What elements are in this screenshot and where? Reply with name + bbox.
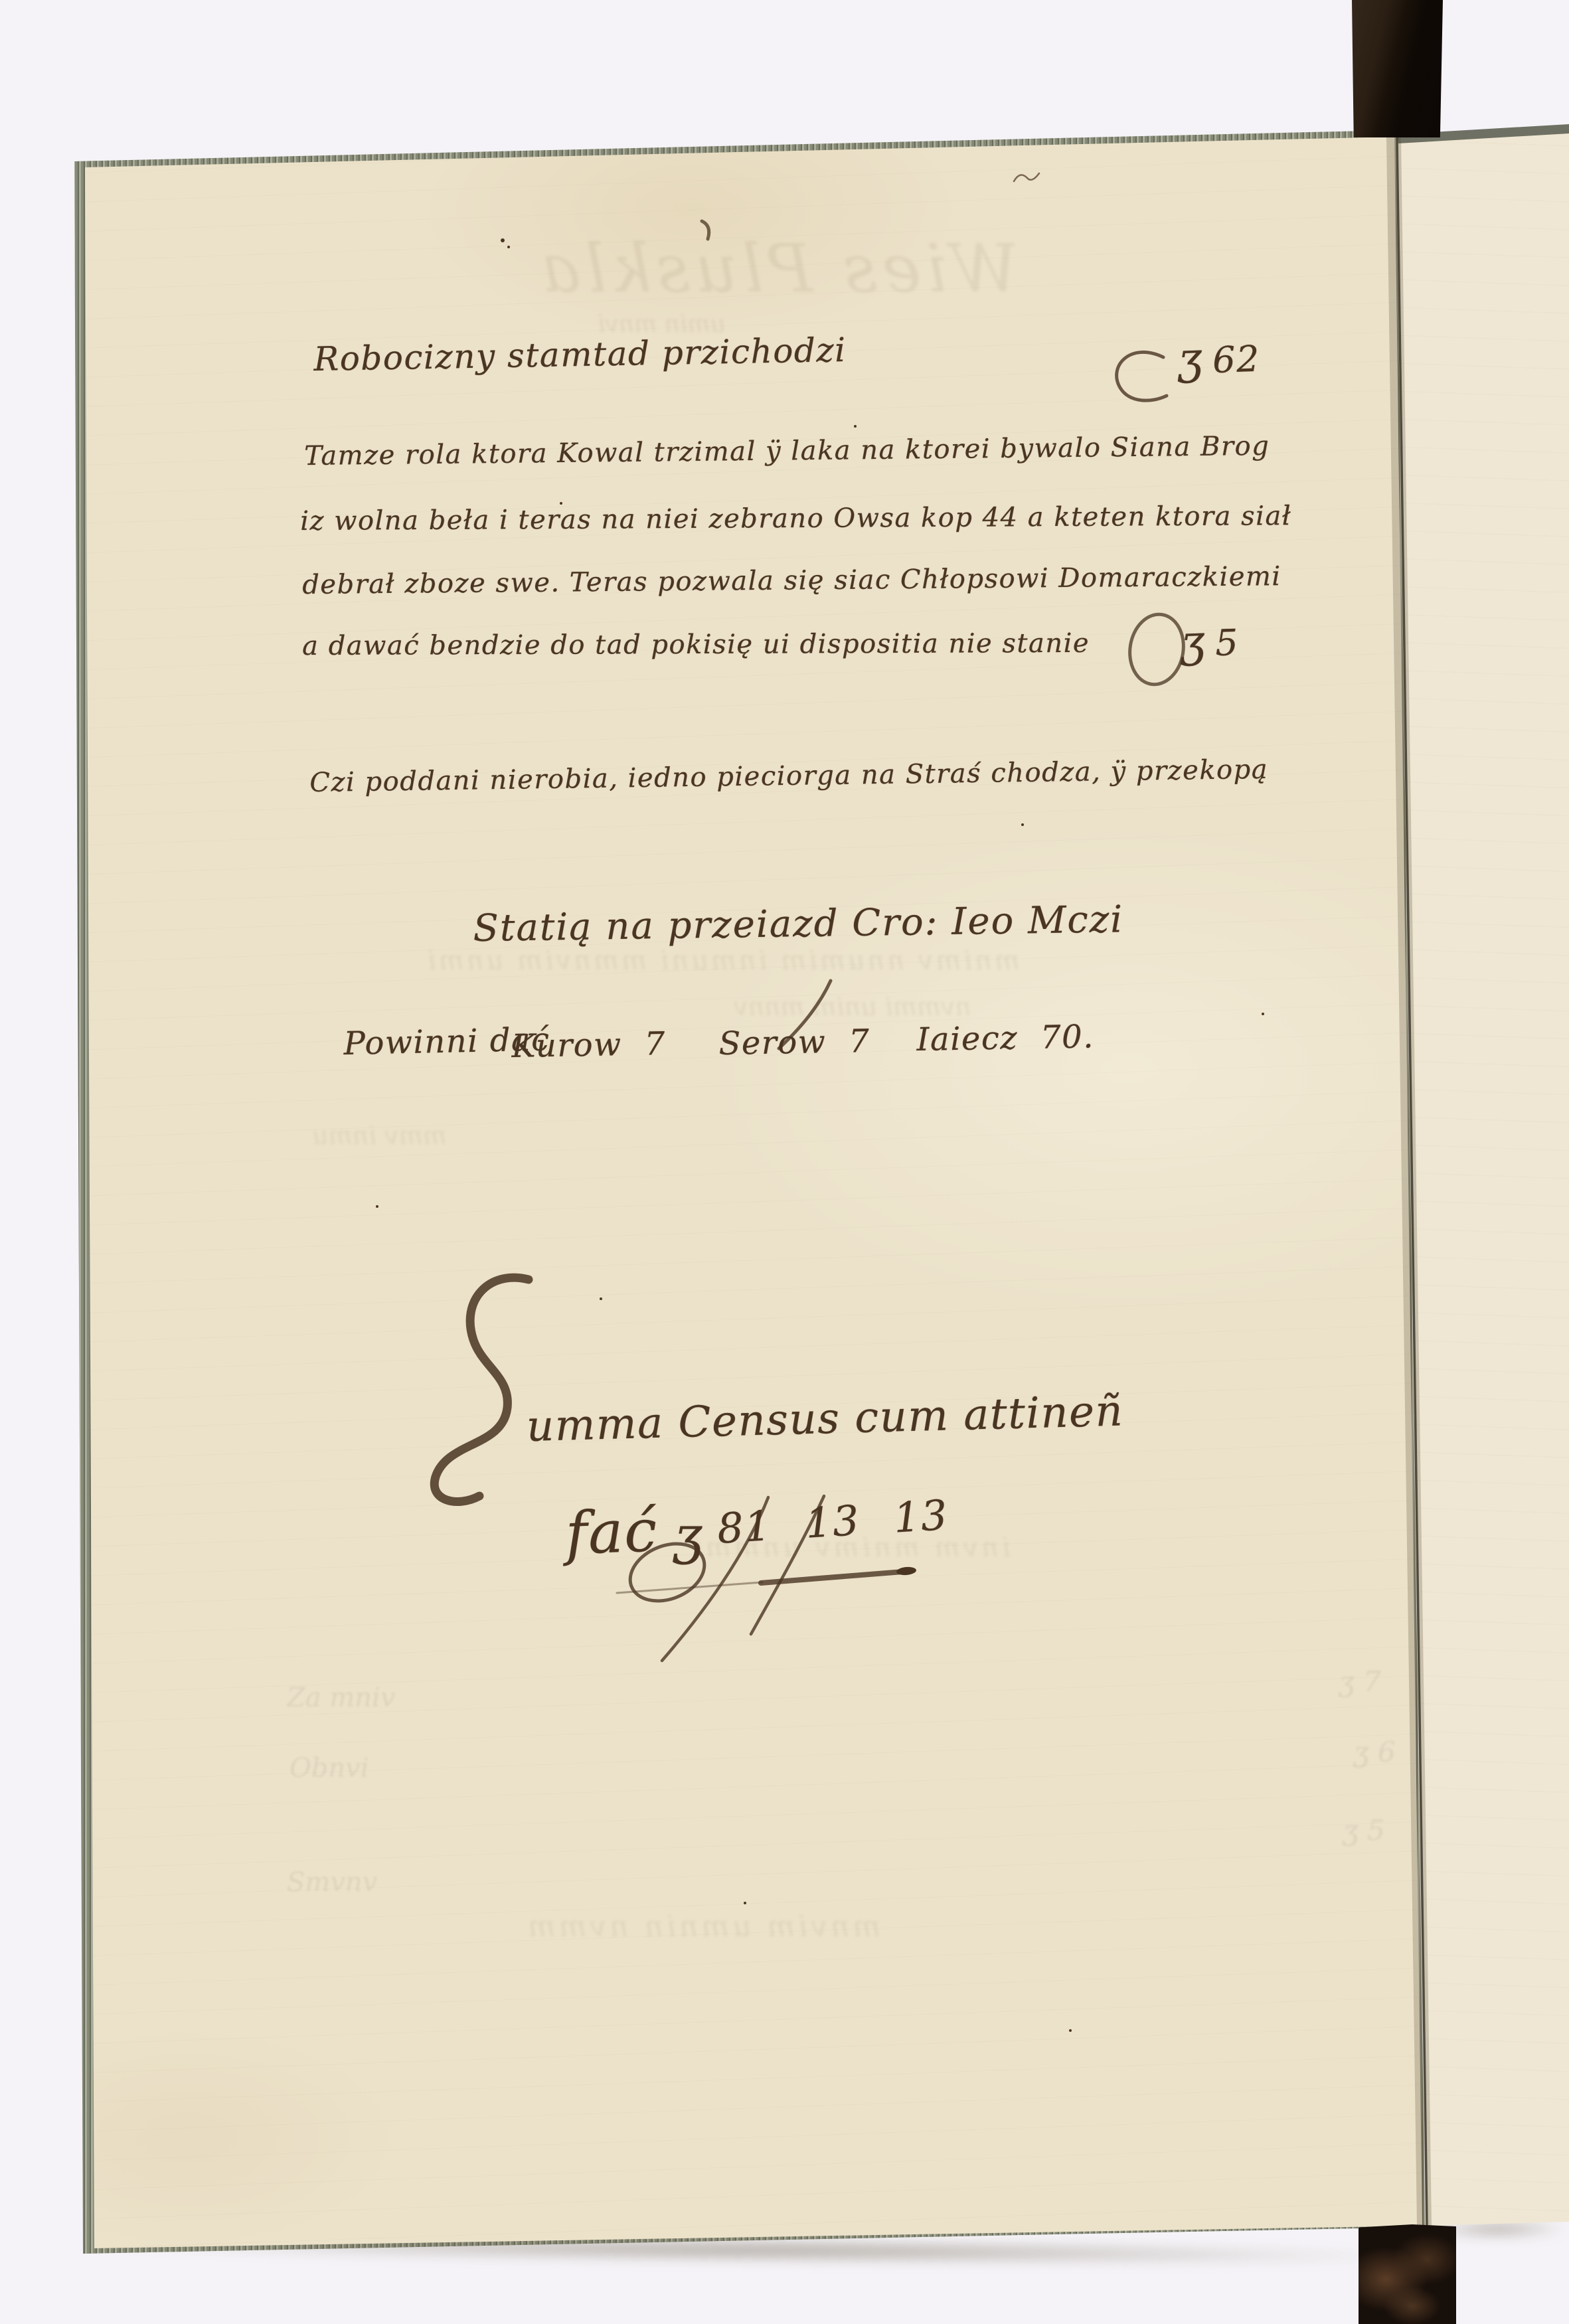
section-heading: Statią na przeiazd Cro: Ieo Mczi [473, 898, 1124, 950]
paragraph-line: Tamze rola ktora Kowal trzimal ÿ laka na… [304, 431, 1270, 471]
bleedthrough-row: mnvim umnin nvmm [525, 1910, 880, 1944]
bleedthrough-title: Wies Pluskla [537, 230, 1019, 307]
entry-guard-duty: Czi poddani nierobia, iedno pieciorga na… [309, 754, 1268, 798]
bleedthrough-row: mmv inmu [312, 1121, 447, 1150]
manuscript-scan: Wies Pluskla umin mnvi mnimv nnumim inmu… [0, 0, 1569, 2324]
bleedthrough-margin-note: Za mniv [287, 1683, 395, 1713]
provision-label: Serow [718, 1023, 827, 1062]
paragraph-line: a dawać bendzie do tad pokisię ui dispos… [302, 628, 1090, 661]
currency-symbol: ʒ [1177, 333, 1204, 384]
provision-value: 70. [1040, 1018, 1094, 1056]
entry-robocizna-text: Robocizny stamtad przichodzi [313, 331, 847, 378]
bleedthrough-amount: ʒ 6 [1353, 1736, 1396, 1768]
summa-line: umma Census cum attineñ [526, 1386, 1124, 1452]
binding-strap-bottom [1359, 2224, 1456, 2324]
manuscript-page: Wies Pluskla umin mnvi mnimv nnumim inmu… [0, 0, 1569, 2324]
entry-robocizna-amount: ʒ62 [1177, 331, 1261, 384]
bleedthrough-margin-note: Smvnv [287, 1867, 377, 1898]
bleedthrough-row: mnimv nnumim inmuni mmnvim unmi [425, 946, 1020, 976]
currency-symbol: ʒ [1179, 616, 1206, 667]
provisions-item: Kurow7 [511, 1025, 666, 1065]
paragraph-line: debrał zboze swe. Teras pozwala się siac… [302, 561, 1281, 600]
bleedthrough-amount: ʒ 5 [1343, 1814, 1385, 1847]
paragraph-line: iz wolna beła i teras na niei zebrano Ow… [300, 501, 1291, 537]
binding-strap-top [1352, 0, 1443, 137]
bleedthrough-row: nvmmi unim mnnv [734, 992, 971, 1021]
provision-label: Kurow [511, 1026, 622, 1065]
amount-value: 62 [1212, 338, 1261, 381]
amount-value: 5 [1214, 622, 1240, 664]
paragraph-amount: ʒ5 [1179, 614, 1240, 667]
bleedthrough-margin-note: Obnvi [289, 1753, 369, 1784]
bleedthrough-amount: ʒ 7 [1339, 1665, 1381, 1698]
total-currency: ʒ [673, 1506, 704, 1566]
provisions-item: Iaiecz70. [916, 1018, 1094, 1058]
provision-value: 7 [849, 1023, 870, 1060]
provision-label: Iaiecz [916, 1019, 1018, 1058]
provision-value: 7 [644, 1025, 666, 1063]
provisions-item: Serow7 [718, 1023, 870, 1062]
total-label: fać [564, 1496, 659, 1568]
